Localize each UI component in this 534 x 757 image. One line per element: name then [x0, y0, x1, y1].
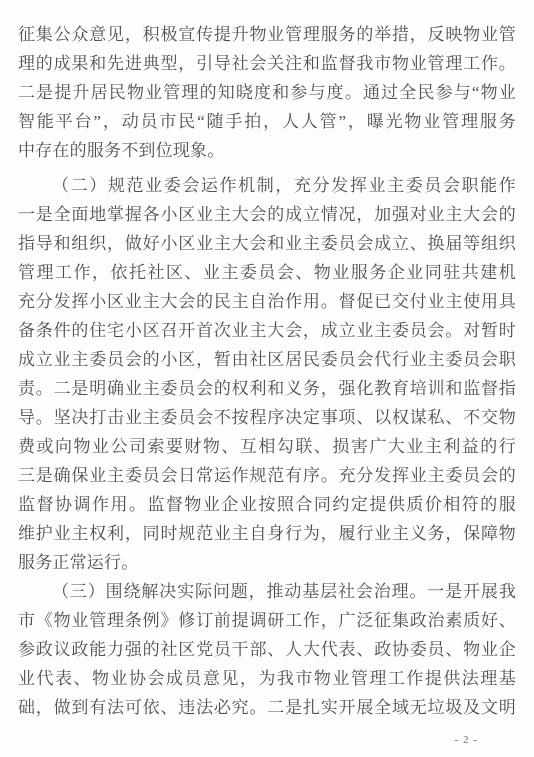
document-page: 征集公众意见，积极宣传提升物业管理服务的举措，反映物业管 理的成果和先进典型，引… [0, 0, 534, 757]
text-line: 征集公众意见，积极宣传提升物业管理服务的举措，反映物业管 [18, 20, 516, 49]
paragraph-continuation: 征集公众意见，积极宣传提升物业管理服务的举措，反映物业管 理的成果和先进典型，引… [18, 20, 516, 165]
text-line: 市《物业管理条例》修订前提调研工作，广泛征集政治素质好、 [18, 606, 516, 635]
document-body: 征集公众意见，积极宣传提升物业管理服务的举措，反映物业管 理的成果和先进典型，引… [0, 0, 534, 722]
text-line: 责。二是明确业主委员会的权利和义务，强化教育培训和监督指 [18, 374, 516, 403]
text-line: 费或向物业公司索要财物、互相勾联、损害广大业主利益的行为。 [18, 432, 516, 461]
text-line: （二）规范业委会运作机制，充分发挥业主委员会职能作用。 [18, 171, 516, 200]
text-line: 服务正常运行。 [18, 548, 516, 577]
text-line: （三）围绕解决实际问题，推动基层社会治理。一是开展我 [18, 577, 516, 606]
page-number: - 2 - [455, 733, 478, 747]
text-line: 充分发挥小区业主大会的民主自治作用。督促已交付业主使用具 [18, 287, 516, 316]
paragraph-section-3: （三）围绕解决实际问题，推动基层社会治理。一是开展我 市《物业管理条例》修订前提… [18, 577, 516, 722]
text-line: 管理工作，依托社区、业主委员会、物业服务企业同驻共建机制， [18, 258, 516, 287]
text-line: 指导和组织，做好小区业主大会和业主委员会成立、换届等组织和 [18, 229, 516, 258]
text-line: 础，做到有法可依、违法必究。二是扎实开展全域无垃圾及文明 [18, 693, 516, 722]
text-line: 成立业主委员会的小区，暂由社区居民委员会代行业主委员会职 [18, 345, 516, 374]
text-line: 备条件的住宅小区召开首次业主大会，成立业主委员会。对暂时未 [18, 316, 516, 345]
text-line: 中存在的服务不到位现象。 [18, 136, 516, 165]
text-line: 导。坚决打击业主委员会不按程序决定事项、以权谋私、不交物业 [18, 403, 516, 432]
text-line: 一是全面地掌握各小区业主大会的成立情况，加强对业主大会的 [18, 200, 516, 229]
text-line: 理的成果和先进典型，引导社会关注和监督我市物业管理工作。 [18, 49, 516, 78]
text-line: 三是确保业主委员会日常运作规范有序。充分发挥业主委员会的 [18, 461, 516, 490]
text-line: 维护业主权利，同时规范业主自身行为，履行业主义务，保障物业 [18, 519, 516, 548]
text-line: 参政议政能力强的社区党员干部、人大代表、政协委员、物业企 [18, 635, 516, 664]
paragraph-section-2: （二）规范业委会运作机制，充分发挥业主委员会职能作用。 一是全面地掌握各小区业主… [18, 171, 516, 577]
text-line: 智能平台”，动员市民“随手拍，人人管”，曝光物业管理服务 [18, 107, 516, 136]
text-line: 监督协调作用。监督物业企业按照合同约定提供质价相符的服务， [18, 490, 516, 519]
text-line: 二是提升居民物业管理的知晓度和参与度。通过全民参与“物业 [18, 78, 516, 107]
text-line: 业代表、物业协会成员意见，为我市物业管理工作提供法理基 [18, 664, 516, 693]
